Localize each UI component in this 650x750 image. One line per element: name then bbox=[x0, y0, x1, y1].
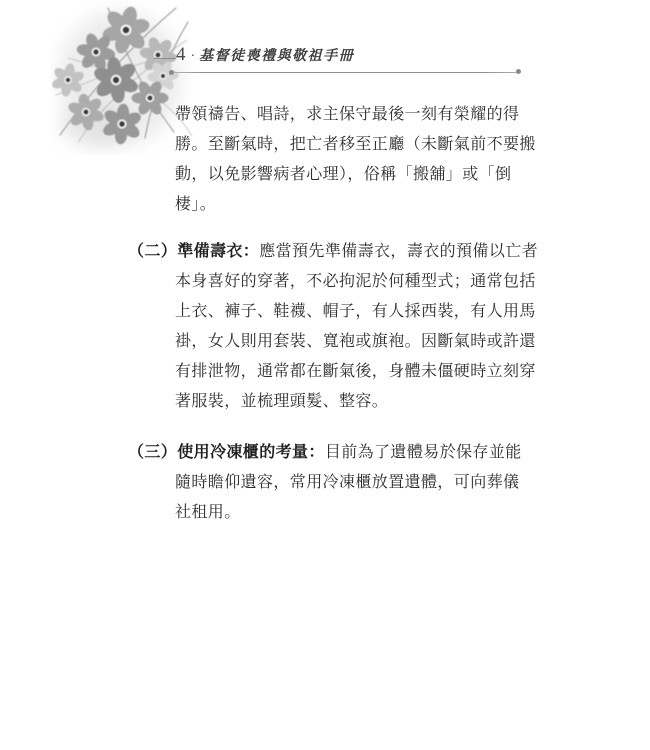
running-header: 4·基督徒喪禮與敬祖手冊 bbox=[176, 44, 354, 66]
rule-dot-right bbox=[516, 69, 521, 74]
page-body: 帶領禱告、唱詩，求主保守最後一刻有榮耀的得 勝。至斷氣時，把亡者移至正廳（未斷氣… bbox=[128, 100, 528, 528]
text-line: 著服裝，並梳理頭髮、整容。 bbox=[175, 387, 528, 417]
item-2-heading: 準備壽衣： bbox=[177, 243, 259, 260]
text-line: 棲」。 bbox=[175, 190, 528, 220]
text-line: 勝。至斷氣時，把亡者移至正廳（未斷氣前不要搬 bbox=[175, 130, 528, 160]
text-segment: 應當預先準備壽衣，壽衣的預備以亡者 bbox=[259, 243, 538, 260]
item-3-label: （三） bbox=[128, 444, 177, 461]
text-line: （二）準備壽衣：應當預先準備壽衣，壽衣的預備以亡者 bbox=[128, 237, 528, 267]
text-line: 動，以免影響病者心理），俗稱「搬舖」或「倒 bbox=[175, 160, 528, 190]
text-line: 上衣、褲子、鞋襪、帽子，有人採西裝，有人用馬 bbox=[175, 297, 528, 327]
book-page: 4·基督徒喪禮與敬祖手冊 帶領禱告、唱詩，求主保守最後一刻有榮耀的得 勝。至斷氣… bbox=[0, 0, 650, 750]
rule-dot-left bbox=[169, 70, 174, 75]
text-line: （三）使用冷凍櫃的考量：目前為了遺體易於保存並能 bbox=[128, 438, 528, 468]
paragraph-item-3: （三）使用冷凍櫃的考量：目前為了遺體易於保存並能 隨時瞻仰遺容，常用冷凍櫃放置遺… bbox=[128, 438, 528, 528]
text-line: 帶領禱告、唱詩，求主保守最後一刻有榮耀的得 bbox=[175, 100, 528, 130]
page-number: 4 bbox=[176, 44, 187, 65]
text-line: 隨時瞻仰遺容，常用冷凍櫃放置遺體，可向葬儀 bbox=[175, 468, 528, 498]
header-connector-line bbox=[154, 58, 176, 59]
header-rule bbox=[170, 72, 520, 73]
book-title: 基督徒喪禮與敬祖手冊 bbox=[199, 49, 354, 64]
text-line: 社租用。 bbox=[175, 498, 528, 528]
item-2-label: （二） bbox=[128, 243, 177, 260]
paragraph-continuation: 帶領禱告、唱詩，求主保守最後一刻有榮耀的得 勝。至斷氣時，把亡者移至正廳（未斷氣… bbox=[128, 100, 528, 220]
header-separator: · bbox=[191, 49, 196, 64]
text-line: 褂，女人則用套裝、寬袍或旗袍。因斷氣時或許還 bbox=[175, 327, 528, 357]
paragraph-item-2: （二）準備壽衣：應當預先準備壽衣，壽衣的預備以亡者 本身喜好的穿著，不必拘泥於何… bbox=[128, 237, 528, 417]
item-3-heading: 使用冷凍櫃的考量： bbox=[177, 444, 325, 461]
text-line: 有排泄物，通常都在斷氣後，身體未僵硬時立刻穿 bbox=[175, 357, 528, 387]
text-line: 本身喜好的穿著，不必拘泥於何種型式；通常包括 bbox=[175, 267, 528, 297]
text-segment: 目前為了遺體易於保存並能 bbox=[325, 444, 522, 461]
